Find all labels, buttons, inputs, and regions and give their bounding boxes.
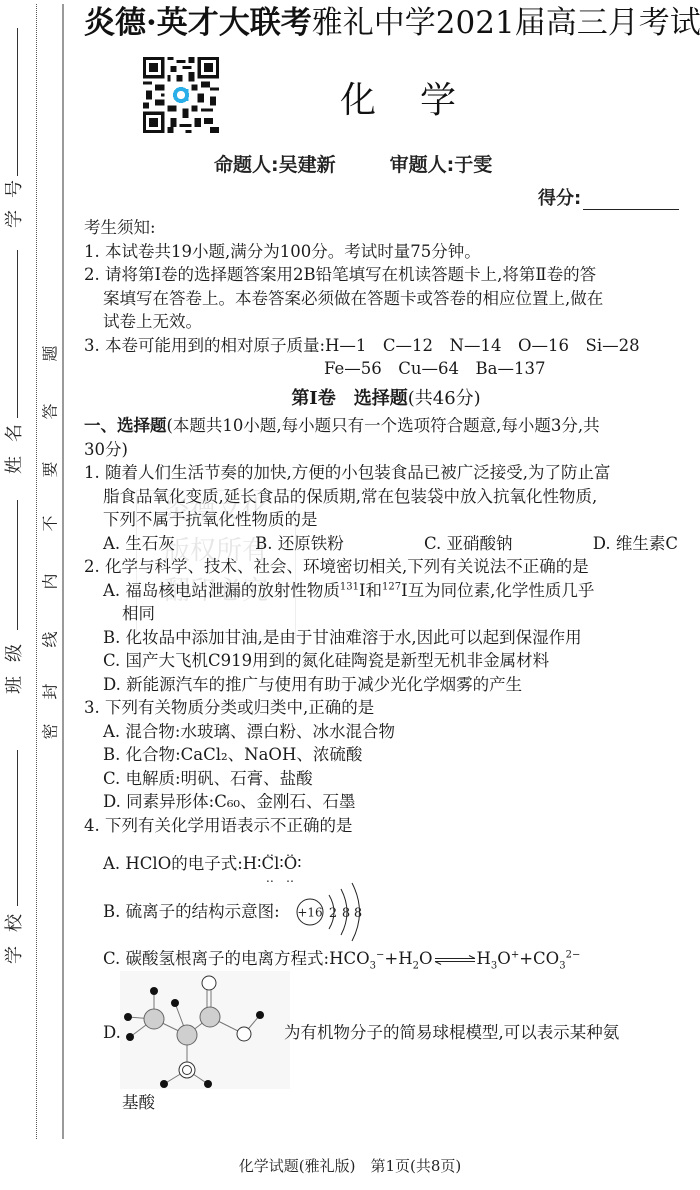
binding-margin: 号 学 名 姓 级 班 校 学 密 封 线 内 不 要 答 题: [0, 0, 66, 1190]
seal-text-feng: 封: [38, 683, 61, 701]
margin-border-line: [62, 4, 64, 1139]
q2-option-d[interactable]: D. 新能源汽车的推广与使用有助于减少光化学烟雾的产生: [84, 673, 688, 697]
seal-text-mi: 密: [38, 723, 61, 741]
school-blank[interactable]: [17, 750, 18, 906]
q2-option-c[interactable]: C. 国产大飞机C919用到的氮化硅陶瓷是新型无机非金属材料: [84, 649, 688, 673]
q4-option-b[interactable]: B. 硫离子的结构示意图: +16 2 8 8: [84, 881, 688, 943]
reversible-arrow-icon: [433, 955, 477, 965]
q1-option-d[interactable]: D. 维生素C: [593, 532, 678, 556]
svg-text:2: 2: [329, 906, 337, 921]
seal-text-da: 答: [38, 403, 61, 421]
class-label-2: 班: [6, 672, 24, 698]
section-title-bold: 第Ⅰ卷 选择题: [291, 388, 407, 409]
page-footer: 化学试题(雅礼版) 第1页(共8页): [0, 1155, 700, 1176]
class-label-1: 级: [6, 640, 24, 666]
q4-option-d-text: 为有机物分子的简易球棍模型,可以表示某种氨: [284, 1021, 619, 1045]
q2-option-b[interactable]: B. 化妆品中添加甘油,是由于甘油难溶于水,因此可以起到保湿作用: [84, 626, 688, 650]
notice-item-3: 3. 本卷可能用到的相对原子质量:H—1 C—12 N—14 O—16 Si—2…: [84, 334, 688, 358]
notice-item-1: 1. 本试卷共19小题,满分为100分。考试时量75分钟。: [84, 240, 688, 264]
q1-option-b[interactable]: B. 还原铁粉: [255, 532, 344, 556]
school-label-2: 学: [6, 942, 24, 968]
isotope-mass-131: 131: [340, 581, 359, 592]
school-label-1: 校: [6, 910, 24, 936]
q2-option-a-rest: 互为同位素,化学性质几乎: [408, 581, 595, 600]
seal-text-ti: 题: [38, 345, 61, 363]
student-id-label-2: 学: [6, 206, 24, 232]
ionization-equation: HCO3−+H2OH3O++CO32−: [329, 949, 580, 968]
q4-option-c[interactable]: C. 碳酸氢根离子的电离方程式:HCO3−+H2OH3O++CO32−: [84, 947, 688, 971]
q4-option-d[interactable]: D.: [84, 971, 688, 1091]
name-label-1: 名: [6, 420, 24, 446]
section-title-points: (共46分): [408, 388, 481, 409]
name-label-2: 姓: [6, 452, 24, 478]
score-label: 得分:: [538, 188, 581, 209]
q1-stem-3: 下列不属于抗氧化性物质的是: [84, 508, 688, 532]
seal-text-nei: 内: [38, 573, 61, 591]
name-blank[interactable]: [17, 250, 18, 418]
electron-formula: H∶Cl∶O∶: [243, 854, 302, 873]
q1-options: A. 生石灰 B. 还原铁粉 C. 亚硝酸钠 D. 维生素C: [84, 532, 688, 556]
author-label: 命题人:: [214, 154, 279, 176]
q1-option-c[interactable]: C. 亚硝酸钠: [424, 532, 513, 556]
exam-title: 炎德·英才大联考雅礼中学2021届高三月考试卷(六): [84, 2, 694, 44]
notice-item-2: 2. 请将第Ⅰ卷的选择题答案用2B铅笔填写在机读答题卡上,将第Ⅱ卷的答: [84, 263, 688, 287]
score-field: 得分:: [538, 184, 679, 210]
q4-option-c-text: C. 碳酸氢根离子的电离方程式:: [103, 949, 329, 968]
section-title: 第Ⅰ卷 选择题(共46分): [84, 387, 688, 411]
isotope-mass-127: 127: [382, 581, 401, 592]
exam-title-main: 雅礼中学2021届高三月考试卷(六): [312, 5, 700, 41]
q4-option-d-label: D.: [103, 1021, 121, 1045]
subject-title: 化学: [340, 72, 500, 123]
q4-stem: 4. 下列有关化学用语表示不正确的是: [84, 814, 688, 838]
q2-option-a-cont: 相同: [84, 602, 688, 626]
q2-option-a-and: 和: [366, 581, 383, 600]
q1-stem-1: 1. 随着人们生活节奏的加快,方便的小包装食品已被广泛接受,为了防止富: [84, 461, 688, 485]
seal-text-xian: 线: [38, 631, 61, 649]
q2-stem: 2. 化学与科学、技术、社会、环境密切相关,下列有关说法不正确的是: [84, 555, 688, 579]
q1-option-a[interactable]: A. 生石灰: [103, 532, 175, 556]
part-title: 一、选择题: [84, 416, 167, 435]
qr-code-icon[interactable]: [143, 57, 219, 133]
part-desc: (本题共10小题,每小题只有一个选项符合题意,每小题3分,共: [167, 416, 600, 435]
seal-text-yao: 要: [38, 461, 61, 479]
q3-stem: 3. 下列有关物质分类或归类中,正确的是: [84, 696, 688, 720]
seal-dotted-line: [36, 4, 37, 1139]
q3-option-b[interactable]: B. 化合物:CaCl₂、NaOH、浓硫酸: [84, 743, 688, 767]
notice-item-2-cont: 案填写在答卷上。本卷答案必须做在答题卡或答卷的相应位置上,做在: [84, 287, 688, 311]
reviewer-label: 审题人:: [390, 154, 455, 176]
notice-item-3-cont: Fe—56 Cu—64 Ba—137: [84, 357, 688, 381]
student-id-label-1: 号: [6, 176, 24, 202]
notice-item-2-end: 试卷上无效。: [84, 310, 688, 334]
reviewer-name: 于雯: [454, 154, 492, 176]
svg-text:8: 8: [354, 906, 362, 921]
svg-text:8: 8: [342, 906, 350, 921]
q4-option-a-text: A. HClO的电子式:: [103, 854, 243, 873]
class-blank[interactable]: [17, 500, 18, 630]
q3-option-c[interactable]: C. 电解质:明矾、石膏、盐酸: [84, 767, 688, 791]
sulfide-ion-structure-diagram: +16 2 8 8: [295, 881, 365, 943]
q1-stem-2: 脂食品氧化变质,延长食品的保质期,常在包装袋中放入抗氧化性物质,: [84, 485, 688, 509]
seal-text-bu: 不: [38, 515, 61, 533]
q2-option-a-text: A. 福岛核电站泄漏的放射性物质: [103, 581, 340, 600]
part-heading: 一、选择题(本题共10小题,每小题只有一个选项符合题意,每小题3分,共: [84, 414, 688, 438]
q2-option-a[interactable]: A. 福岛核电站泄漏的放射性物质131I和127I互为同位素,化学性质几乎: [84, 579, 688, 603]
q4-option-b-text: B. 硫离子的结构示意图:: [103, 900, 280, 924]
amino-acid-ball-stick-model: [120, 971, 290, 1091]
notice-heading: 考生须知:: [84, 216, 688, 240]
oxygen-with-lone-pairs: O: [284, 847, 298, 881]
q4-option-a[interactable]: A. HClO的电子式:H∶Cl∶O∶: [84, 847, 688, 881]
student-id-blank[interactable]: [17, 28, 18, 176]
author-line: 命题人:吴建新审题人:于雯: [214, 150, 492, 177]
score-blank[interactable]: [583, 192, 679, 210]
q3-option-d[interactable]: D. 同素异形体:C₆₀、金刚石、石墨: [84, 790, 688, 814]
exam-title-brand: 炎德·英才大联考: [84, 5, 312, 41]
chlorine-with-lone-pairs: Cl: [261, 847, 279, 881]
author-name: 吴建新: [279, 154, 336, 176]
svg-text:+16: +16: [297, 906, 322, 920]
q3-option-a[interactable]: A. 混合物:水玻璃、漂白粉、冰水混合物: [84, 720, 688, 744]
exam-content: 考生须知: 1. 本试卷共19小题,满分为100分。考试时量75分钟。 2. 请…: [84, 216, 688, 1114]
part-desc-cont: 30分): [84, 438, 688, 462]
q4-option-d-cont: 基酸: [84, 1091, 688, 1115]
